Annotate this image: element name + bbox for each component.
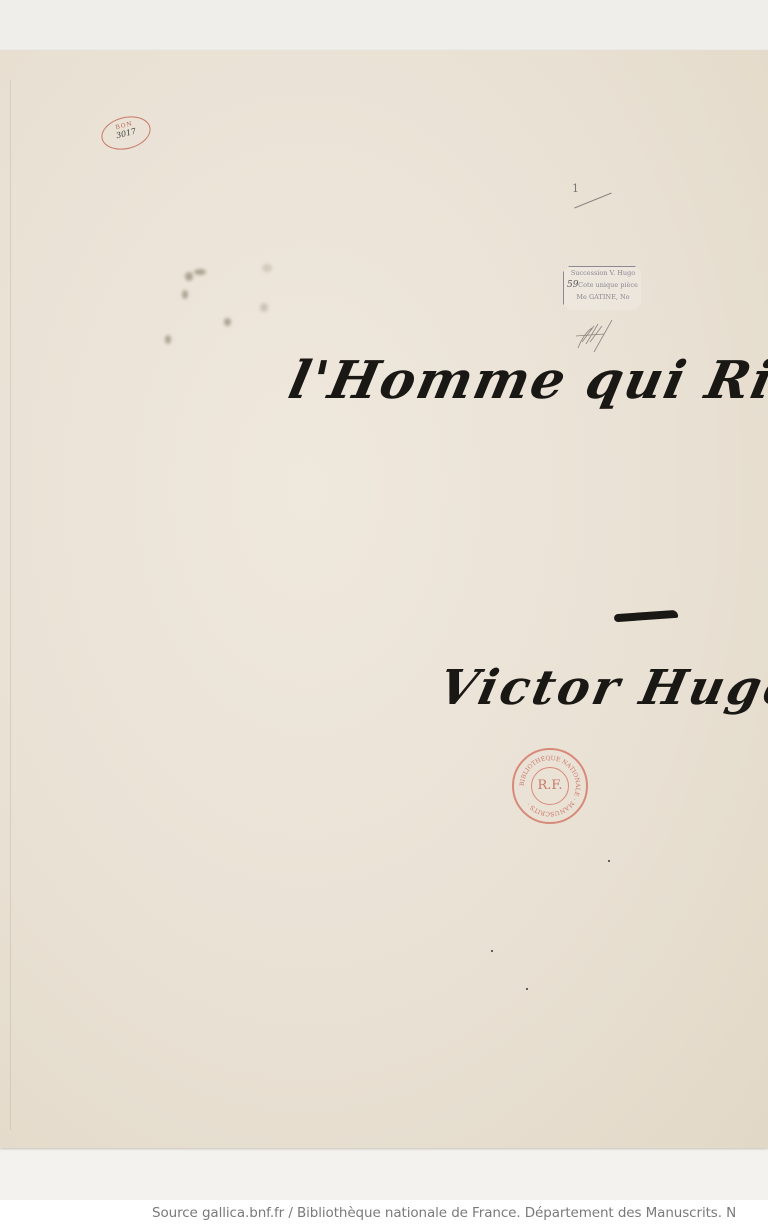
ink-stain bbox=[182, 290, 188, 299]
manuscript-author: Victor Hugo bbox=[434, 660, 768, 716]
ink-stain bbox=[194, 269, 206, 275]
manuscript-sheet bbox=[0, 50, 768, 1148]
manuscript-title: l'Homme qui Rit bbox=[284, 350, 768, 411]
ink-dot bbox=[491, 950, 493, 952]
folio-number: 1 bbox=[572, 182, 579, 195]
source-footer: Source gallica.bnf.fr / Bibliothèque nat… bbox=[0, 1200, 768, 1228]
ink-stain bbox=[224, 318, 231, 326]
ink-dot bbox=[608, 860, 610, 862]
ink-dot bbox=[526, 988, 528, 990]
pencil-scribble-icon bbox=[572, 318, 616, 354]
bnf-stamp: BIBLIOTHÈQUE NATIONALE · MANUSCRITS · R.… bbox=[512, 748, 588, 824]
ink-stain bbox=[185, 272, 193, 281]
source-credit: Source gallica.bnf.fr / Bibliothèque nat… bbox=[152, 1205, 736, 1221]
ink-stain bbox=[260, 303, 268, 312]
cote-stamp: Succession V. Hugo Cote unique pièce Me … bbox=[563, 266, 643, 312]
ink-stain bbox=[165, 335, 171, 344]
ink-stain bbox=[262, 264, 272, 272]
